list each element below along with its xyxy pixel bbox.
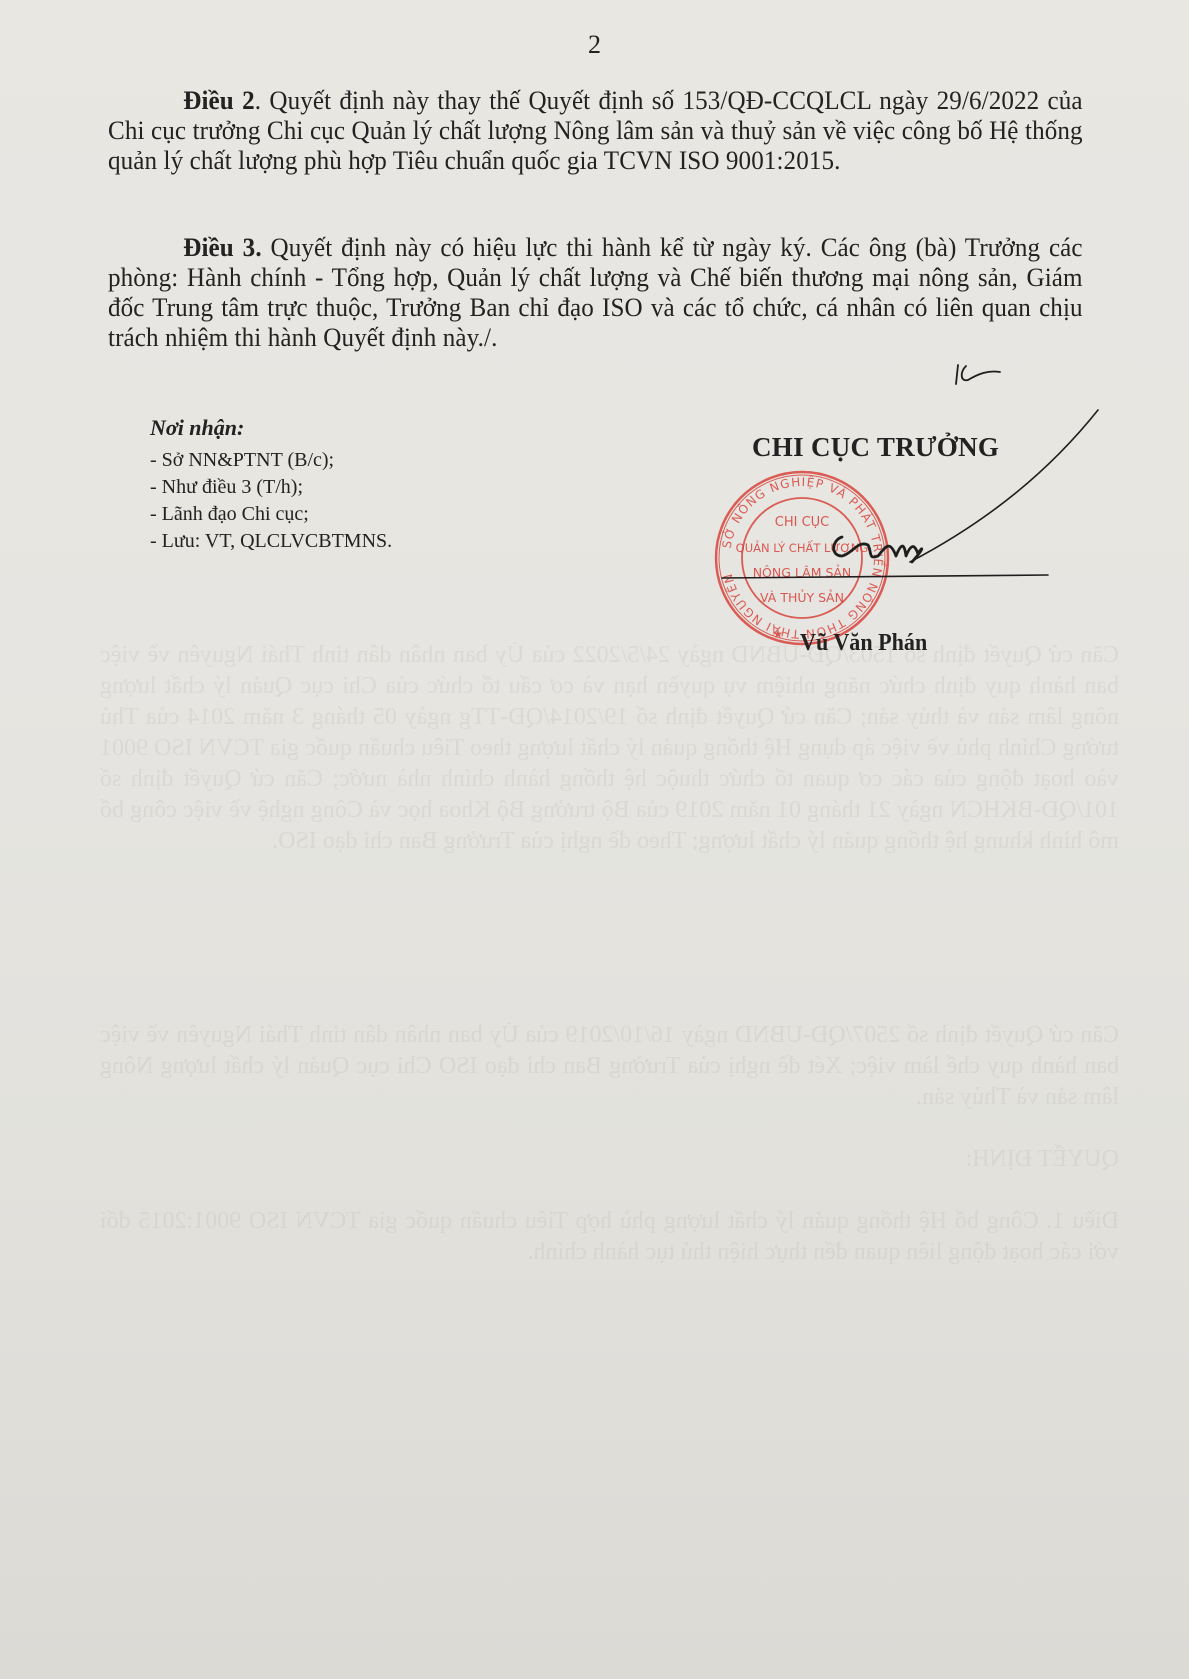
recipient-item: - Lưu: VT, QLCLVCBTMNS. [150, 528, 392, 555]
recipient-item: - Như điều 3 (T/h); [150, 474, 392, 501]
official-stamp-icon: SỞ NÔNG NGHIỆP VÀ PHÁT TRIỂN NÔNG THÔN T… [712, 468, 892, 648]
bleed-through-text: Căn cứ Quyết định số 1503/QĐ-UBND ngày 2… [100, 640, 1119, 857]
svg-text:VÀ THỦY SẢN: VÀ THỦY SẢN [760, 589, 844, 605]
article-3-paragraph: Điều 3. Quyết định này có hiệu lực thi h… [108, 233, 1083, 353]
svg-text:QUẢN LÝ CHẤT LƯỢNG: QUẢN LÝ CHẤT LƯỢNG [736, 539, 869, 555]
recipient-item: - Sở NN&PTNT (B/c); [150, 447, 392, 474]
article-3-label: Điều 3. [183, 233, 261, 262]
article-2-label: Điều 2 [183, 86, 254, 115]
article-2-paragraph: Điều 2. Quyết định này thay thế Quyết đị… [108, 86, 1083, 176]
bleed-through-text-2: Căn cứ Quyết định số 2507/QĐ-UBND ngày 1… [100, 1020, 1119, 1268]
article-2-text: . Quyết định này thay thế Quyết định số … [108, 86, 1083, 175]
signer-name: Vũ Văn Phán [800, 630, 927, 657]
recipient-item: - Lãnh đạo Chi cục; [150, 501, 392, 528]
svg-text:CHI CỤC: CHI CỤC [775, 515, 830, 530]
recipients-block: Nơi nhận: - Sở NN&PTNT (B/c); - Như điều… [150, 414, 392, 555]
svg-text:NÔNG LÂM SẢN: NÔNG LÂM SẢN [753, 564, 852, 580]
signer-title: CHI CỤC TRƯỞNG [752, 432, 999, 463]
svg-text:★: ★ [773, 627, 784, 641]
page-number: 2 [0, 30, 1189, 60]
recipients-heading: Nơi nhận: [150, 414, 392, 441]
